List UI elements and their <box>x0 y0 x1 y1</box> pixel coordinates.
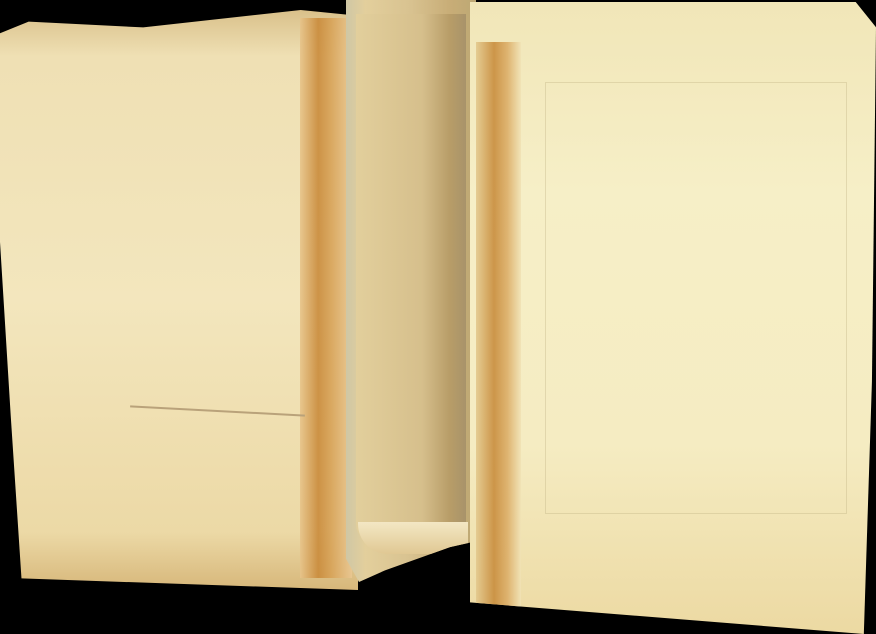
left-hinge-stain <box>300 18 352 578</box>
right-page <box>470 2 876 634</box>
paper-tear <box>130 405 305 416</box>
book-spine <box>346 0 476 582</box>
book-photo <box>0 0 876 634</box>
right-gutter-stain <box>476 42 521 612</box>
left-cover-endpaper <box>0 10 358 590</box>
spine-interior <box>356 14 466 544</box>
spine-bottom-edge <box>358 522 468 554</box>
faded-plate-illustration <box>545 82 847 514</box>
